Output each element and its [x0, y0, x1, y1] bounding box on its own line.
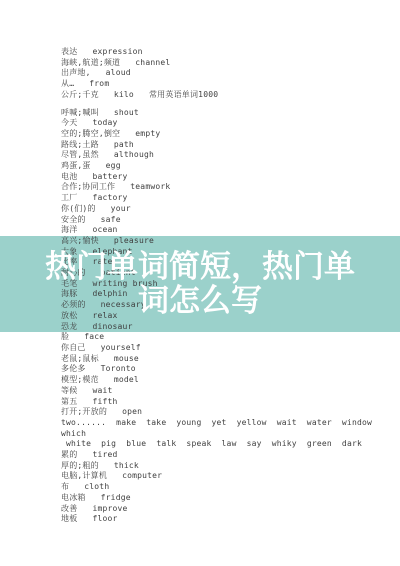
vocab-row [61, 101, 397, 108]
vocab-row: 恐龙 dinosaur [61, 322, 397, 333]
article-page: 表达 expression海峡,航道;频道 channel出声地, aloud从… [0, 0, 400, 566]
vocab-row: 等候 wait [61, 386, 397, 397]
vocab-row: two...... make take young yet yellow wai… [61, 418, 397, 450]
vocab-row: 路线;土路 path [61, 140, 397, 151]
vocab-row: 多伦多 Toronto [61, 364, 397, 375]
vocab-row: 累的 tired [61, 450, 397, 461]
title-line-2: 词怎么写 [0, 284, 400, 318]
vocab-row: 尽管,虽然 although [61, 150, 397, 161]
vocab-row: 海峡,航道;频道 channel [61, 58, 397, 69]
vocab-row: 布 cloth [61, 482, 397, 493]
vocab-row: 海洋 ocean [61, 225, 397, 236]
vocab-row: 从… from [61, 79, 397, 90]
vocab-row: 今天 today [61, 118, 397, 129]
vocab-row: 第五 fifth [61, 397, 397, 408]
vocab-row: 你自己 yourself [61, 343, 397, 354]
vocab-row: 工厂 factory [61, 193, 397, 204]
vocab-row: 老鼠;鼠标 mouse [61, 354, 397, 365]
title-line-1: 热门单词简短，热门单 [0, 250, 400, 284]
vocab-row: 空的;腾空,倒空 empty [61, 129, 397, 140]
vocab-row: 公斤;千克 kilo 常用英语单词1000 [61, 90, 397, 101]
vocab-row: 电冰箱 fridge [61, 493, 397, 504]
vocab-row: 模型;模范 model [61, 375, 397, 386]
vocab-row: 高兴;愉快 pleasure [61, 236, 397, 247]
vocab-row: 呼喊;喊叫 shout [61, 108, 397, 119]
vocab-row: 安全的 safe [61, 215, 397, 226]
vocab-row: 电脑,计算机 computer [61, 471, 397, 482]
vocab-row: 打开;开放的 open [61, 407, 397, 418]
vocab-row: 合作;协同工作 teamwork [61, 182, 397, 193]
vocab-row: 鸡蛋,蛋 egg [61, 161, 397, 172]
vocab-row: 你(们)的 your [61, 204, 397, 215]
article-title-overlay: 热门单词简短，热门单 词怎么写 [0, 250, 400, 318]
vocab-row: 改善 improve [61, 504, 397, 515]
vocab-row: 电池 battery [61, 172, 397, 183]
vocab-row: 厚的;粗的 thick [61, 461, 397, 472]
vocab-row: 出声地, aloud [61, 68, 397, 79]
vocab-row: 地板 floor [61, 514, 397, 525]
vocab-row: 表达 expression [61, 47, 397, 58]
vocab-row: 脸 face [61, 332, 397, 343]
